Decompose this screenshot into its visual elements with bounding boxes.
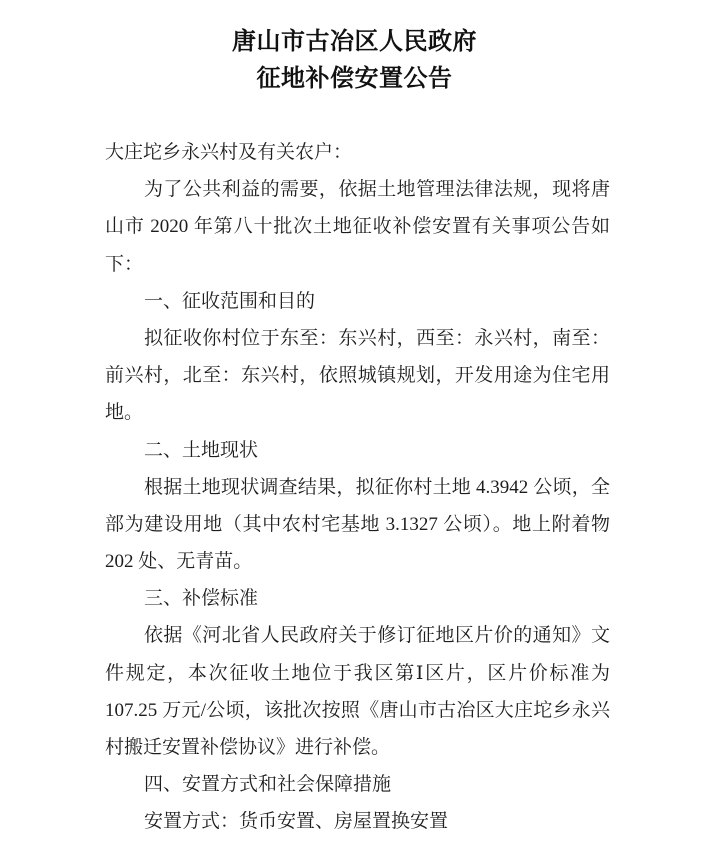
line-scope-1: 拟征收你村位于东至：东兴村，西至：永兴村，南至：: [105, 320, 610, 357]
title-line-1: 唐山市古冶区人民政府: [0, 24, 709, 61]
line-compensation-1: 依据《河北省人民政府关于修订征地区片价的通知》文: [105, 617, 610, 654]
line-intro-3: 下：: [105, 246, 610, 283]
heading-section-1: 一、征收范围和目的: [105, 283, 610, 320]
document-page: 唐山市古冶区人民政府 征地补偿安置公告 大庄坨乡永兴村及有关农户： 为了公共利益…: [0, 0, 709, 851]
document-title: 唐山市古冶区人民政府 征地补偿安置公告: [0, 24, 709, 98]
line-intro-1: 为了公共利益的需要，依据土地管理法律法规，现将唐: [105, 171, 610, 208]
heading-section-4: 四、安置方式和社会保障措施: [105, 766, 610, 803]
line-intro-2: 山市 2020 年第八十批次土地征收补偿安置有关事项公告如: [105, 208, 610, 245]
line-scope-2: 前兴村，北至：东兴村，依照城镇规划，开发用途为住宅用: [105, 357, 610, 394]
line-salutation: 大庄坨乡永兴村及有关农户：: [105, 134, 610, 171]
title-line-2: 征地补偿安置公告: [0, 61, 709, 98]
line-compensation-4: 村搬迁安置补偿协议》进行补偿。: [105, 729, 610, 766]
document-body: 大庄坨乡永兴村及有关农户： 为了公共利益的需要，依据土地管理法律法规，现将唐 山…: [105, 134, 610, 841]
line-land-status-2: 部为建设用地（其中农村宅基地 3.1327 公顷）。地上附着物: [105, 506, 610, 543]
heading-section-3: 三、补偿标准: [105, 580, 610, 617]
line-scope-3: 地。: [105, 394, 610, 431]
line-resettlement-method: 安置方式：货币安置、房屋置换安置: [105, 803, 610, 840]
line-compensation-3: 107.25 万元/公顷，该批次按照《唐山市古冶区大庄坨乡永兴: [105, 692, 610, 729]
heading-section-2: 二、土地现状: [105, 432, 610, 469]
line-land-status-3: 202 处、无青苗。: [105, 543, 610, 580]
line-land-status-1: 根据土地现状调查结果，拟征你村土地 4.3942 公顷，全: [105, 469, 610, 506]
line-compensation-2: 件规定，本次征收土地位于我区第Ⅰ区片，区片价标准为: [105, 655, 610, 692]
